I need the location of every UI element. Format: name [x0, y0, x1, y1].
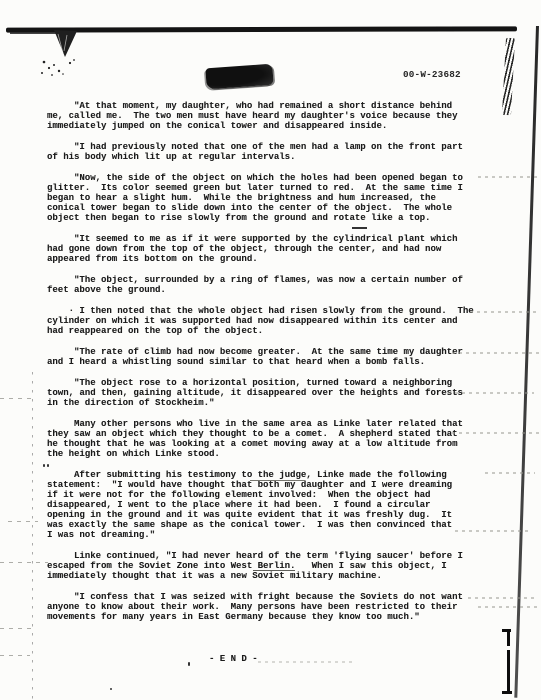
scan-dashline	[0, 562, 48, 563]
scanned-document-page: 00-W-23682 "At that moment, my daughter,…	[0, 0, 541, 700]
ink-speck	[110, 688, 112, 690]
pen-dash-mark	[352, 227, 367, 229]
fold-crease-line	[32, 372, 33, 700]
paragraph: Many other persons who live in the same …	[47, 419, 527, 459]
paragraph: "The rate of climb had now become greate…	[47, 347, 527, 367]
ink-speck	[47, 464, 49, 467]
paragraph: "At that moment, my daughter, who had re…	[47, 101, 527, 131]
scan-streak	[452, 432, 540, 434]
paragraph: "I had previously noted that one of the …	[47, 142, 527, 162]
scan-dashline	[8, 521, 38, 522]
paragraph: "Now, the side of the object on which th…	[47, 173, 527, 223]
paragraph: Linke continued, "I had never heard of t…	[47, 551, 527, 581]
scan-streak	[448, 392, 534, 394]
scan-dashline	[0, 655, 30, 656]
paragraph: "The object, surrounded by a ring of fla…	[47, 275, 527, 295]
margin-bracket-gap	[505, 646, 512, 650]
paragraph: "I confess that I was seized with fright…	[47, 592, 527, 622]
ink-speck	[188, 662, 190, 666]
underline-artifact	[250, 480, 305, 481]
end-marker: - E N D -	[209, 654, 258, 664]
scan-streak	[478, 606, 538, 608]
scan-streak	[468, 597, 538, 599]
ink-scribble-mark	[40, 29, 88, 79]
scan-streak	[485, 472, 535, 474]
scan-streak	[452, 352, 540, 354]
redaction-stamp	[205, 64, 273, 90]
scan-streak	[455, 530, 530, 532]
margin-bracket	[507, 630, 510, 693]
paragraph: "It seemed to me as if it were supported…	[47, 234, 527, 264]
scan-dashline	[0, 398, 35, 399]
margin-bracket-cap-bottom	[502, 691, 512, 694]
scan-streak	[258, 661, 353, 663]
scan-dashline	[0, 628, 33, 629]
paragraph: · I then noted that the whole object had…	[47, 306, 527, 336]
document-body: "At that moment, my daughter, who had re…	[47, 101, 527, 633]
margin-bracket-cap-top	[502, 629, 511, 632]
scan-streak	[470, 311, 540, 313]
scan-streak	[478, 176, 538, 178]
document-number: 00-W-23682	[403, 70, 461, 80]
ink-speck	[43, 464, 45, 467]
underline-artifact	[253, 570, 295, 571]
